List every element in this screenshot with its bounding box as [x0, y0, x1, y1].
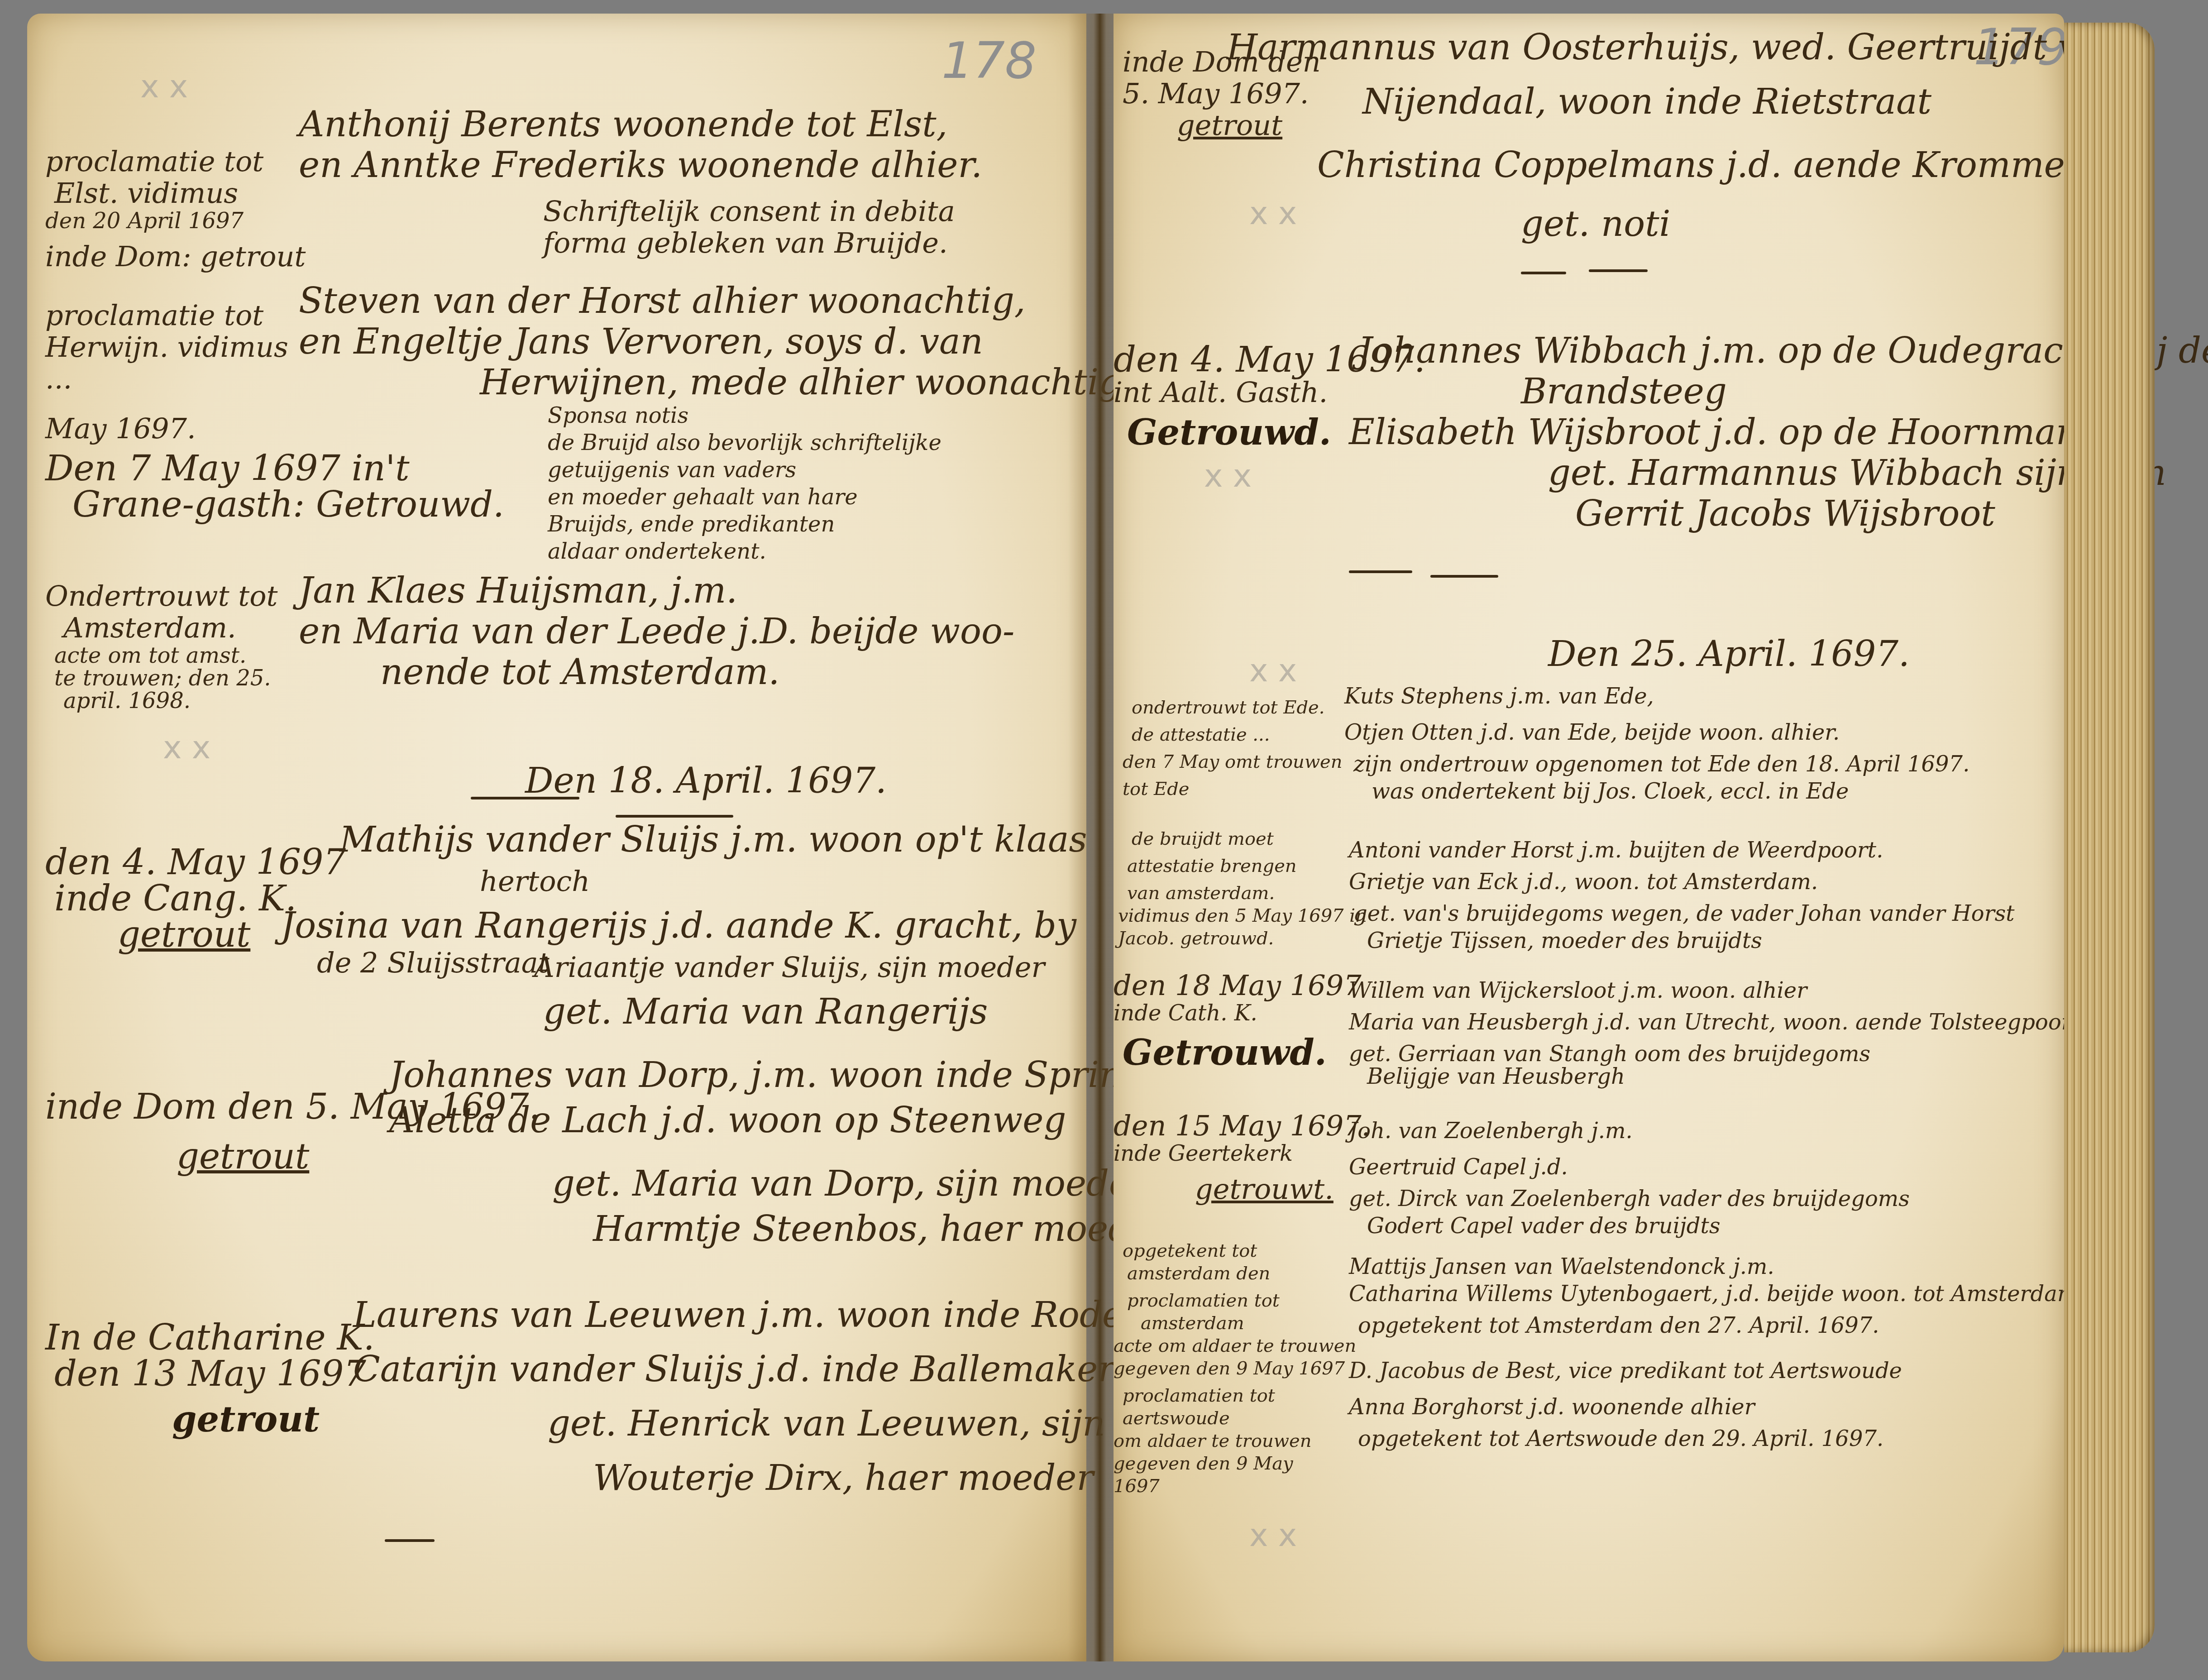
margin-note: Ondertrouwt tot	[45, 579, 277, 613]
entry-line: Belijgje van Heusbergh	[1367, 1064, 1625, 1089]
entry-line: Steven van der Horst alhier woonachtig,	[299, 281, 1026, 321]
margin-note: gegeven den 9 May 1697	[1114, 1358, 1345, 1379]
margin-note: getrout	[118, 914, 250, 955]
section-heading: Den 18. April. 1697.	[525, 761, 887, 801]
margin-note: attestatie brengen	[1127, 856, 1297, 876]
margin-note: May 1697.	[45, 412, 196, 445]
margin-note: van amsterdam.	[1127, 883, 1275, 904]
margin-note: opgetekent tot	[1123, 1240, 1257, 1261]
right-page: 179 inde Dom den 5. May 1697. getrout Ha…	[1114, 14, 2064, 1661]
margin-note: proclamatien tot	[1123, 1385, 1275, 1406]
page-number-left: 178	[942, 32, 1037, 90]
entry-line: Elisabeth Wijsbroot j.d. op de Hoornmark…	[1349, 412, 2108, 453]
margin-note: In de Catharine K.	[45, 1317, 374, 1358]
margin-note: gegeven den 9 May	[1114, 1453, 1293, 1474]
divider	[1589, 269, 1648, 272]
entry-line: Antoni vander Horst j.m. buijten de Weer…	[1349, 838, 1883, 863]
margin-note: getrout	[177, 1136, 309, 1177]
entry-line: en Engeltje Jans Vervoren, soys d. van	[299, 321, 983, 362]
entry-line: Catharina Willems Uytenbogaert, j.d. bei…	[1349, 1281, 2078, 1307]
margin-note: Den 7 May 1697 in't	[45, 448, 410, 489]
entry-line: Ariaantje vander Sluijs, sijn moeder	[534, 951, 1045, 984]
margin-note: den 7 May omt trouwen	[1123, 751, 1343, 772]
pencil-mark: x x	[163, 729, 210, 766]
entry-line: forma gebleken van Bruijde.	[543, 226, 948, 259]
entry-line: Geertruid Capel j.d.	[1349, 1154, 1568, 1180]
margin-note: Grane-gasth: Getrouwd.	[72, 484, 504, 525]
left-page: 178 x x proclamatie tot Elst. vidimus de…	[27, 14, 1086, 1661]
margin-note: int Aalt. Gasth.	[1114, 376, 1328, 409]
entry-line: Harmannus van Oosterhuijs, wed. Geertrui…	[1227, 27, 2122, 68]
entry-line: opgetekent tot Amsterdam den 27. April. …	[1358, 1313, 1879, 1338]
pencil-mark: x x	[1249, 1517, 1297, 1554]
divider	[1430, 575, 1498, 578]
entry-line: Otjen Otten j.d. van Ede, beijde woon. a…	[1344, 720, 1840, 745]
margin-note: getrout	[172, 1399, 320, 1440]
margin-note: Elst. vidimus	[54, 177, 238, 210]
margin-note: tot Ede	[1123, 779, 1189, 799]
margin-note: de bruijdt moet	[1132, 828, 1274, 849]
margin-note: getrout	[1177, 109, 1282, 142]
entry-line: de Bruijd also bevorlijk schriftelijke	[548, 430, 942, 455]
margin-note: april. 1698.	[63, 688, 191, 713]
entry-line: get. van's bruijdegoms wegen, de vader J…	[1353, 901, 2015, 926]
divider	[616, 815, 733, 818]
entry-line: get. Maria van Dorp, sijn moeder	[552, 1163, 1147, 1204]
margin-note: getrouwt.	[1195, 1173, 1333, 1206]
entry-line: en moeder gehaalt van hare	[548, 484, 858, 510]
entry-line: Maria van Heusbergh j.d. van Utrecht, wo…	[1349, 1010, 2080, 1035]
divider	[385, 1539, 435, 1542]
divider	[1349, 570, 1412, 573]
margin-note: ondertrouwt tot Ede.	[1132, 697, 1324, 718]
margin-note: Amsterdam.	[63, 611, 236, 644]
entry-line: getuijgenis van vaders	[548, 457, 796, 483]
entry-line: Willem van Wijckersloot j.m. woon. alhie…	[1349, 978, 1807, 1003]
entry-line: Sponsa notis	[548, 403, 688, 428]
entry-line: Mathijs vander Sluijs j.m. woon op't kla…	[339, 819, 1087, 860]
entry-line: Mattijs Jansen van Waelstendonck j.m.	[1349, 1254, 1774, 1279]
margin-note: amsterdam den	[1127, 1263, 1270, 1284]
entry-line: Herwijnen, mede alhier woonachtig	[480, 362, 1121, 403]
margin-note: ...	[45, 362, 72, 395]
entry-line: Nijendaal, woon inde Rietstraat	[1362, 81, 1931, 122]
margin-note: den 20 April 1697	[45, 208, 244, 234]
entry-line: Grietje van Eck j.d., woon. tot Amsterda…	[1349, 869, 1818, 895]
margin-note: inde Geertekerk	[1114, 1141, 1293, 1166]
margin-note: amsterdam	[1141, 1313, 1244, 1334]
section-heading: Den 25. April. 1697.	[1548, 634, 1910, 675]
entry-line: Anthonij Berents woonende tot Elst,	[299, 104, 947, 145]
entry-line: Aletta de Lach j.d. woon op Steenweg	[389, 1100, 1066, 1141]
entry-line: Anna Borghorst j.d. woonende alhier	[1349, 1394, 1755, 1420]
entry-line: opgetekent tot Aertswoude den 29. April.…	[1358, 1426, 1883, 1451]
entry-line: Gerrit Jacobs Wijsbroot	[1575, 493, 1995, 534]
margin-note: proclamatie tot	[45, 299, 263, 332]
entry-line: get. Dirck van Zoelenbergh vader des bru…	[1349, 1186, 1910, 1211]
margin-note: acte om aldaer te trouwen	[1114, 1335, 1356, 1356]
entry-line: en Maria van der Leede j.D. beijde woo-	[299, 611, 1014, 652]
margin-note: te trouwen; den 25.	[54, 665, 271, 691]
margin-note: de attestatie ...	[1132, 724, 1270, 745]
entry-line: Brandsteeg	[1521, 371, 1727, 412]
pencil-mark: x x	[1204, 457, 1252, 494]
pencil-mark: x x	[1249, 195, 1297, 232]
entry-line: Josina van Rangerijs j.d. aande K. grach…	[281, 905, 1076, 946]
margin-note: Herwijn. vidimus	[45, 330, 288, 364]
margin-note: den 13 May 1697	[54, 1354, 366, 1394]
entry-line: aldaar ondertekent.	[548, 539, 766, 564]
entry-line: Jan Klaes Huijsman, j.m.	[299, 570, 737, 611]
margin-note: inde Dom: getrout	[45, 240, 306, 273]
margin-note: proclamatien tot	[1127, 1290, 1280, 1311]
entry-line: en Anntke Frederiks woonende alhier.	[299, 145, 982, 186]
margin-note: inde Cath. K.	[1114, 1000, 1257, 1026]
entry-line: hertoch	[480, 865, 590, 898]
pencil-mark: x x	[1249, 652, 1297, 689]
margin-note: Jacob. getrouwd.	[1118, 928, 1274, 949]
margin-note: vidimus den 5 May 1697 in	[1118, 905, 1367, 926]
margin-note: den 18 May 1697	[1114, 969, 1362, 1002]
entry-line: get. Maria van Rangerijs	[543, 991, 988, 1032]
margin-note: om aldaer te trouwen	[1114, 1431, 1312, 1451]
entry-line: Godert Capel vader des bruijdts	[1367, 1213, 1721, 1239]
entry-line: D. Jacobus de Best, vice predikant tot A…	[1349, 1358, 1902, 1383]
entry-line: Grietje Tijssen, moeder des bruijdts	[1367, 928, 1762, 953]
entry-line: Wouterje Dirx, haer moeder	[593, 1458, 1094, 1498]
entry-line: zijn ondertrouw opgenomen tot Ede den 18…	[1353, 751, 1969, 777]
open-register-book: 178 x x proclamatie tot Elst. vidimus de…	[27, 14, 2173, 1661]
entry-line: get. noti	[1521, 204, 1671, 244]
pencil-mark: x x	[140, 68, 188, 105]
margin-note: den 15 May 1697.	[1114, 1109, 1370, 1142]
margin-note: acte om tot amst.	[54, 643, 246, 668]
page-edges	[2064, 23, 2155, 1652]
entry-line: Schriftelijk consent in debita	[543, 195, 955, 228]
margin-note: 1697	[1114, 1476, 1160, 1497]
margin-note: aertswoude	[1123, 1408, 1230, 1429]
entry-line: get. Gerriaan van Stangh oom des bruijde…	[1349, 1041, 1870, 1067]
margin-note: den 4. May 1697	[45, 842, 346, 883]
entry-line: Joh. van Zoelenbergh j.m.	[1349, 1118, 1633, 1144]
margin-note: proclamatie tot	[45, 145, 263, 178]
entry-line: Christina Coppelmans j.d. aende Kromme..…	[1317, 145, 2098, 186]
entry-line: was ondertekent bij Jos. Cloek, eccl. in…	[1372, 779, 1849, 804]
margin-note: Getrouwd.	[1127, 412, 1331, 453]
margin-note: inde Cang. K.	[54, 878, 296, 919]
entry-line: de 2 Sluijsstraat	[317, 946, 550, 979]
entry-line: Kuts Stephens j.m. van Ede,	[1344, 684, 1654, 709]
entry-line: Bruijds, ende predikanten	[548, 512, 835, 537]
margin-note: 5. May 1697.	[1123, 77, 1309, 110]
divider	[1521, 272, 1566, 274]
margin-note: Getrouwd.	[1123, 1032, 1327, 1073]
entry-line: nende tot Amsterdam.	[380, 652, 779, 693]
